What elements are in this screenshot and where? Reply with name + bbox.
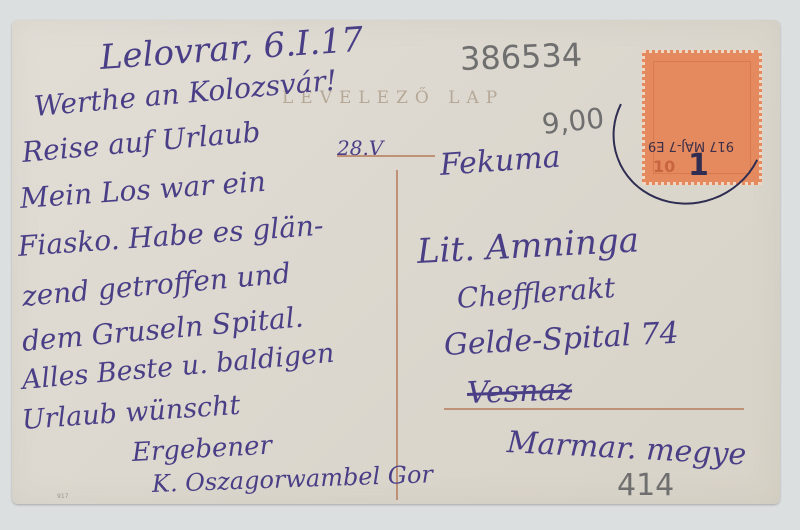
message-line: Werthe an Kolozsvár! — [33, 64, 339, 123]
message-line: Mein Los war ein — [19, 165, 267, 215]
message-line: Ergebener — [131, 431, 272, 468]
address-recipient: Lit. Amninga — [416, 220, 640, 272]
postmark-number: 1 — [688, 148, 709, 183]
crossed-date: 28.V — [337, 136, 383, 160]
message-line: Fiasko. Habe es glän- — [17, 209, 325, 263]
pencil-price: 9,00 — [540, 102, 605, 141]
address-line: Gelde-Spital 74 — [443, 316, 680, 363]
address-line: Chefflerakt — [456, 271, 616, 315]
signature: K. Oszagorwambel Gor — [152, 460, 434, 498]
address-county: Marmar. megye — [506, 425, 747, 472]
message-line: Reise auf Urlaub — [21, 115, 262, 169]
address-line: Fekuma — [439, 140, 562, 183]
pencil-bottom-number: 414 — [617, 468, 674, 503]
vertical-divider-line — [396, 170, 398, 500]
print-code: 917 — [57, 493, 68, 500]
pencil-inventory-number: 386534 — [459, 36, 582, 78]
address-city-crossed: Vesnaz — [466, 372, 572, 411]
message-line: Urlaub wünscht — [21, 390, 241, 436]
